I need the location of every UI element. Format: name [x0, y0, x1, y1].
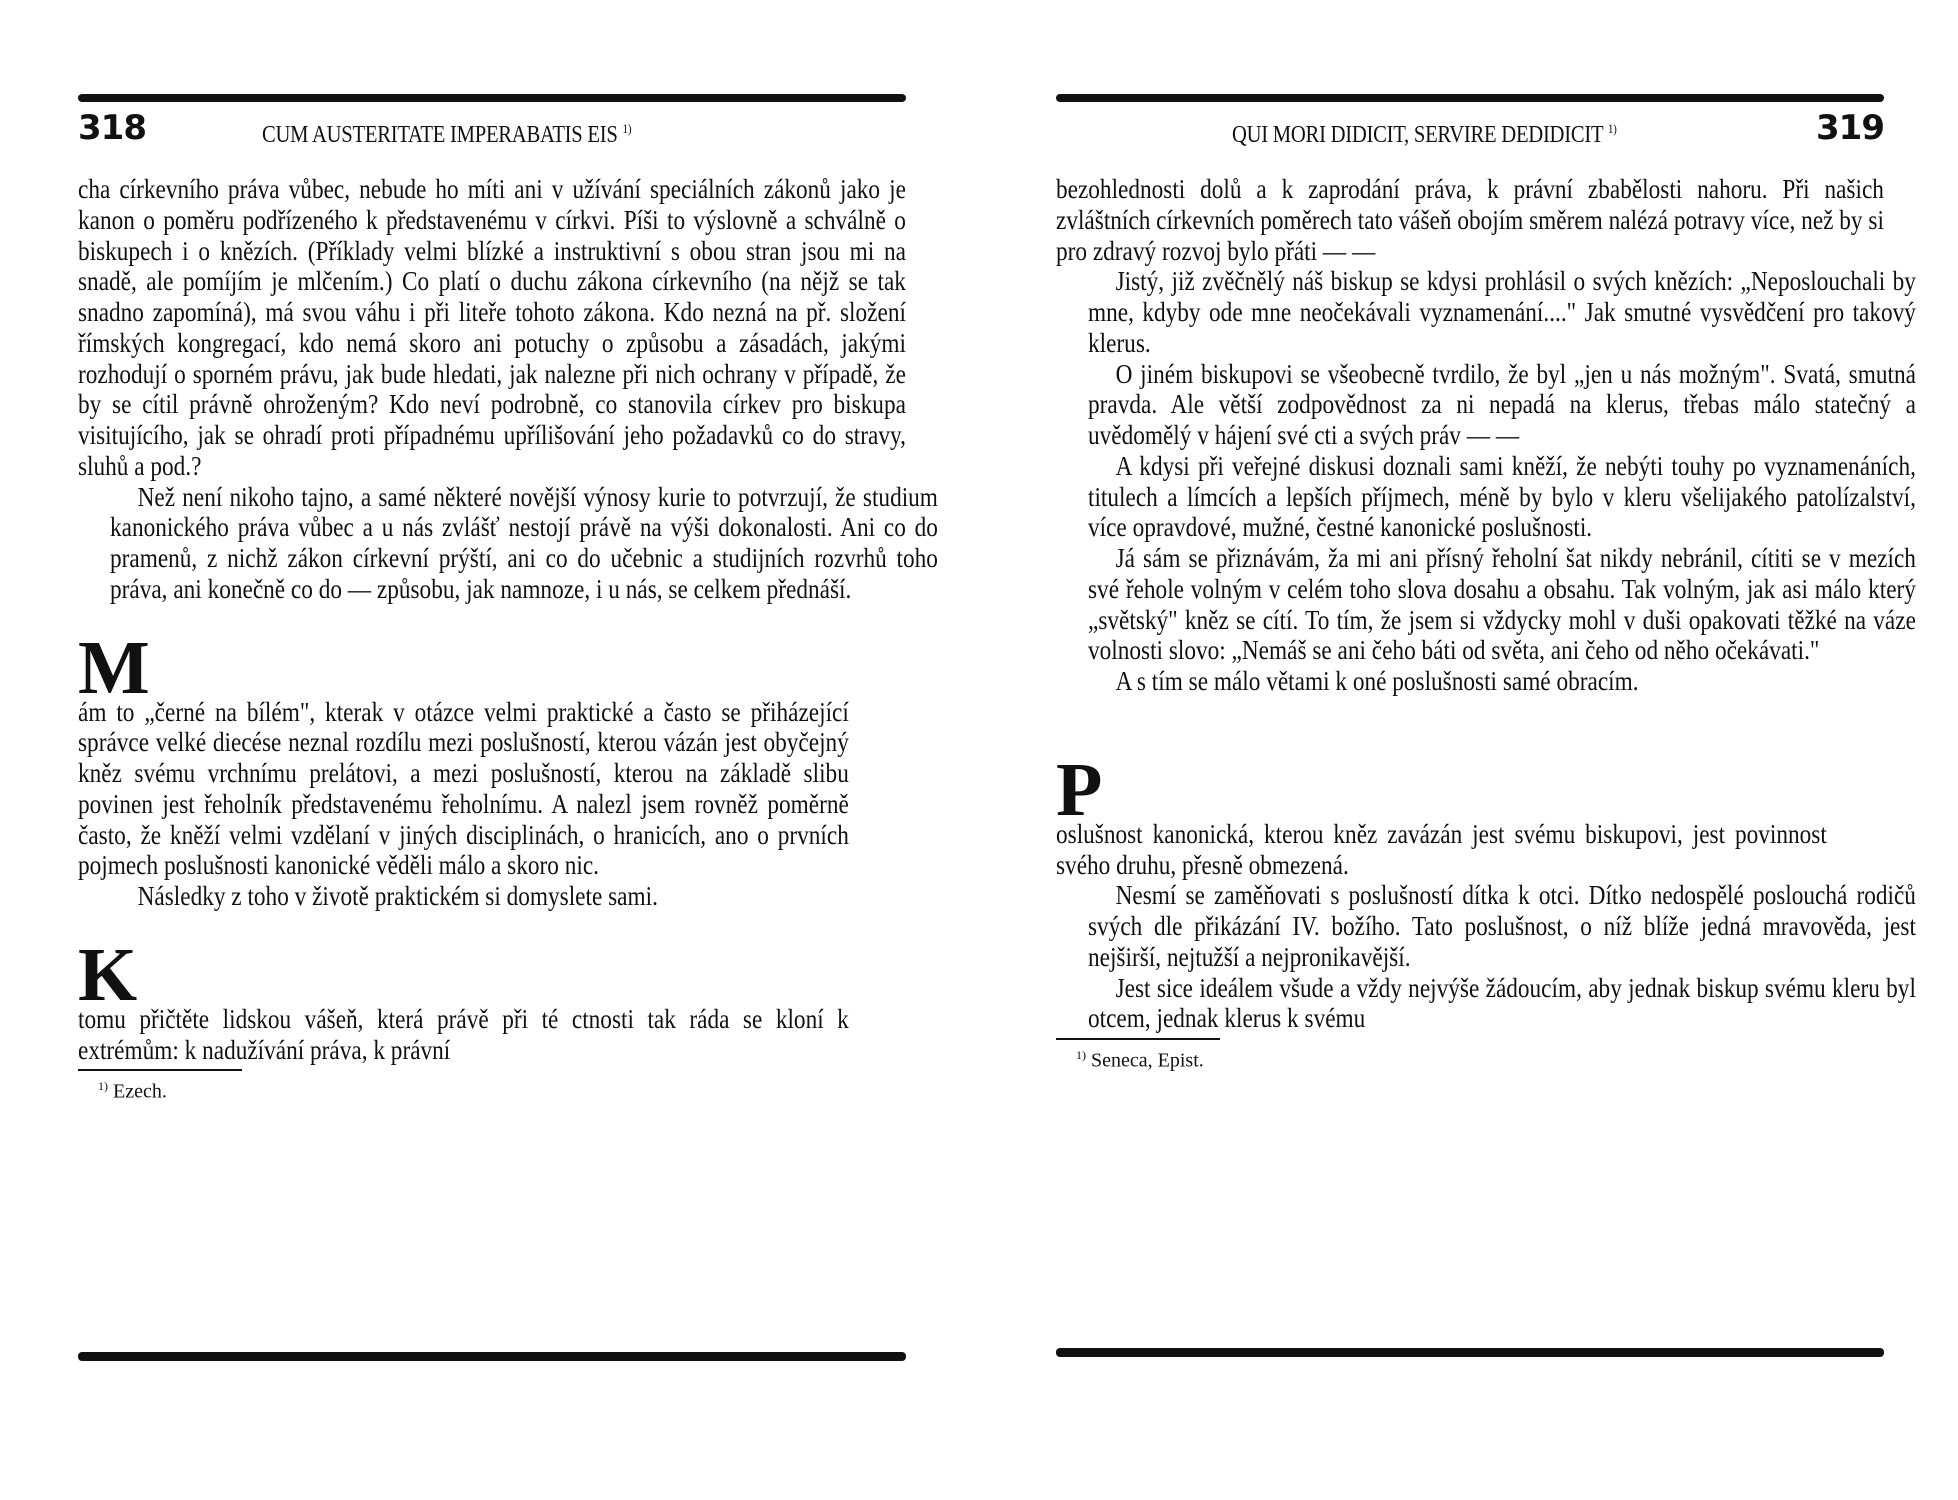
footnote-ref: 1) [623, 121, 632, 136]
paragraph-text: O jiném biskupovi se všeobecně tvrdilo, … [1088, 359, 1916, 451]
paragraph-text: A s tím se málo větami k oné poslušnosti… [1088, 666, 1916, 697]
paragraph-text: Následky z toho v životě praktickém si d… [110, 881, 938, 912]
dropcap: K [78, 946, 137, 1004]
footnote: 1) Seneca, Epist. [1056, 1040, 1884, 1076]
page-body: bezohlednosti dolů a k zaprodání práva, … [1056, 174, 1884, 1076]
paragraph: Nesmí se zaměňovati s poslušností dítka … [1056, 880, 1884, 972]
dropcap: M [78, 639, 150, 697]
paragraph-text: ám to „černé na bílém", kterak v otázce … [78, 697, 849, 882]
paragraph-text: A kdysi při veřejné diskusi doznali sami… [1088, 451, 1916, 543]
paragraph-dropcap: Poslušnost kanonická, kterou kněz zavázá… [1056, 757, 1884, 881]
footnote-mark: 1) [1076, 1048, 1086, 1062]
running-title: CUM AUSTERITATE IMPERABATIS EIS 1) [262, 110, 631, 154]
footnote-mark: 1) [98, 1079, 108, 1093]
paragraph-text: Jistý, již zvěčnělý náš biskup se kdysi … [1088, 266, 1916, 358]
top-rule [1056, 94, 1884, 102]
page-header: 318 CUM AUSTERITATE IMPERABATIS EIS 1) [78, 104, 906, 152]
bottom-rule [78, 1352, 906, 1361]
left-page: 318 CUM AUSTERITATE IMPERABATIS EIS 1) c… [78, 0, 906, 1500]
dropcap: P [1056, 761, 1102, 819]
footnote-text: Seneca, Epist. [1091, 1050, 1204, 1072]
paragraph: A kdysi při veřejné diskusi doznali sami… [1056, 451, 1884, 543]
top-rule [78, 94, 906, 102]
paragraph-text: Než není nikoho tajno, a samé některé no… [110, 482, 938, 605]
running-title: QUI MORI DIDICIT, SERVIRE DEDIDICIT 1) [1232, 110, 1617, 154]
paragraph-text: bezohlednosti dolů a k zaprodání práva, … [1056, 174, 1884, 266]
page-header: QUI MORI DIDICIT, SERVIRE DEDIDICIT 1) 3… [1056, 104, 1884, 152]
page-body: cha církevního práva vůbec, nebude ho mí… [78, 174, 906, 1107]
paragraph: cha církevního práva vůbec, nebude ho mí… [78, 174, 906, 482]
paragraph: Já sám se přiznávám, ža mi ani přísný ře… [1056, 543, 1884, 666]
bottom-rule [1056, 1348, 1884, 1357]
paragraph-text: oslušnost kanonická, kterou kněz zavázán… [1056, 819, 1827, 881]
paragraph: A s tím se málo větami k oné poslušnosti… [1056, 666, 1884, 697]
paragraph-text: Nesmí se zaměňovati s poslušností dítka … [1088, 880, 1916, 972]
running-title-text: CUM AUSTERITATE IMPERABATIS EIS [262, 122, 618, 148]
paragraph: Než není nikoho tajno, a samé některé no… [78, 482, 906, 605]
paragraph: Následky z toho v životě praktickém si d… [78, 881, 906, 912]
paragraph-text: Já sám se přiznávám, ža mi ani přísný ře… [1088, 543, 1916, 666]
paragraph-dropcap: Mám to „černé na bílém", kterak v otázce… [78, 635, 906, 882]
footnote-text: Ezech. [113, 1081, 167, 1103]
paragraph: bezohlednosti dolů a k zaprodání práva, … [1056, 174, 1884, 266]
paragraph-dropcap: Ktomu přičtěte lidskou vášeň, která práv… [78, 942, 906, 1066]
paragraph: Jistý, již zvěčnělý náš biskup se kdysi … [1056, 266, 1884, 358]
page-number: 319 [1816, 104, 1884, 152]
paragraph-text: cha církevního práva vůbec, nebude ho mí… [78, 174, 906, 482]
right-page: QUI MORI DIDICIT, SERVIRE DEDIDICIT 1) 3… [1056, 0, 1884, 1500]
page-number: 318 [78, 104, 146, 152]
paragraph-text: Jest sice ideálem všude a vždy nejvýše ž… [1088, 973, 1916, 1035]
paragraph: O jiném biskupovi se všeobecně tvrdilo, … [1056, 359, 1884, 451]
paragraph: Jest sice ideálem všude a vždy nejvýše ž… [1056, 973, 1884, 1035]
paragraph-text: tomu přičtěte lidskou vášeň, která právě… [78, 1004, 849, 1066]
footnote: 1) Ezech. [78, 1071, 906, 1107]
running-title-text: QUI MORI DIDICIT, SERVIRE DEDIDICIT [1232, 122, 1603, 148]
footnote-ref: 1) [1608, 121, 1617, 136]
